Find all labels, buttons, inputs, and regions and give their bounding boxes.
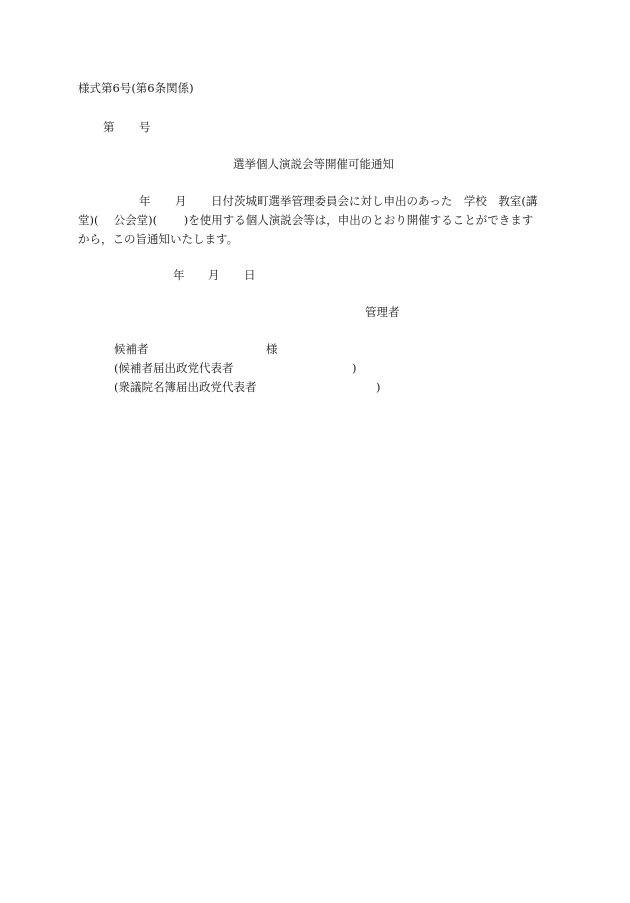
list-rep-label: (衆議院名簿届出政党代表者 bbox=[114, 380, 257, 394]
list-rep-close: ) bbox=[376, 380, 381, 394]
body-month: 月 bbox=[175, 194, 187, 208]
form-label: 様式第6号(第6条関係) bbox=[78, 81, 194, 95]
date-day: 日 bbox=[244, 268, 256, 282]
body-line2: 堂)( 公会堂)( )を使用する個人演説会等は，申出のとおり開催することができま… bbox=[78, 213, 533, 227]
honorific-sama: 様 bbox=[266, 342, 278, 356]
party-rep-label: (候補者届出政党代表者 bbox=[114, 361, 234, 375]
date-month: 月 bbox=[208, 268, 220, 282]
document-title: 選挙個人演説会等開催可能通知 bbox=[233, 157, 394, 171]
manager-label: 管理者 bbox=[365, 305, 400, 319]
body-line3: から，この旨通知いたします。 bbox=[78, 232, 238, 246]
candidate-label: 候補者 bbox=[114, 342, 149, 356]
date-year: 年 bbox=[173, 268, 185, 282]
body-line1-text: 日付茨城町選挙管理委員会に対し申出のあった 学校 教室(講 bbox=[211, 194, 537, 208]
body-year: 年 bbox=[139, 194, 151, 208]
number-dai: 第 bbox=[103, 120, 115, 134]
party-rep-close: ) bbox=[352, 361, 357, 375]
number-go: 号 bbox=[139, 120, 151, 134]
